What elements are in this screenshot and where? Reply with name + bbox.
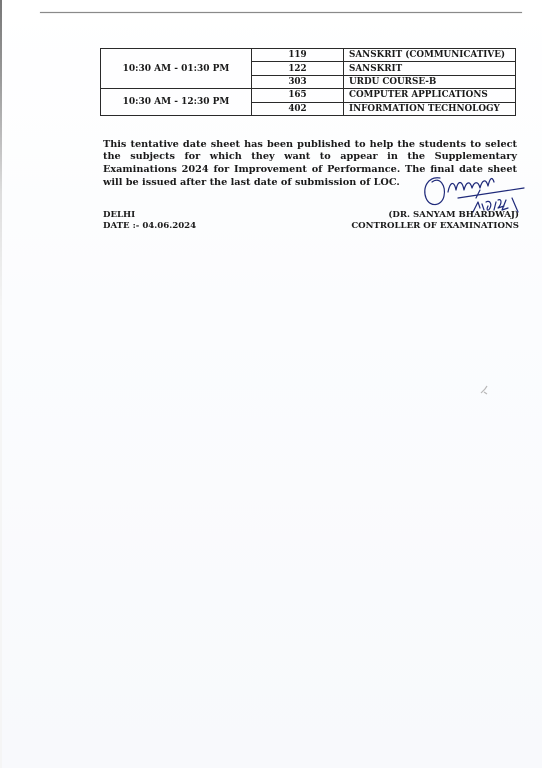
table-row: 10:30 AM - 12:30 PM 165 COMPUTER APPLICA… [101, 89, 516, 102]
exam-schedule-table: 10:30 AM - 01:30 PM 119 SANSKRIT (COMMUN… [100, 48, 516, 116]
time-slot-cell: 10:30 AM - 01:30 PM [101, 49, 252, 89]
signatory-name: (DR. SANYAM BHARDWAJ) [351, 210, 519, 221]
signatory-block: (DR. SANYAM BHARDWAJ) CONTROLLER OF EXAM… [351, 210, 519, 232]
subject-name-cell: URDU COURSE-B [344, 75, 516, 88]
signatory-title: CONTROLLER OF EXAMINATIONS [351, 221, 519, 232]
issue-block: DELHI DATE :- 04.06.2024 [103, 210, 196, 232]
subject-name-cell: SANSKRIT [344, 62, 516, 75]
scan-speck-icon [478, 383, 492, 397]
subject-name-cell: SANSKRIT (COMMUNICATIVE) [344, 49, 516, 62]
subject-code-cell: 303 [252, 75, 344, 88]
issue-date: DATE :- 04.06.2024 [103, 221, 196, 232]
header-rule [40, 12, 522, 13]
time-slot-cell: 10:30 AM - 12:30 PM [101, 89, 252, 116]
subject-name-cell: COMPUTER APPLICATIONS [344, 89, 516, 102]
subject-code-cell: 402 [252, 102, 344, 115]
subject-code-cell: 119 [252, 49, 344, 62]
table-row: 10:30 AM - 01:30 PM 119 SANSKRIT (COMMUN… [101, 49, 516, 62]
subject-code-cell: 122 [252, 62, 344, 75]
document-page: 10:30 AM - 01:30 PM 119 SANSKRIT (COMMUN… [0, 0, 542, 768]
subject-name-cell: INFORMATION TECHNOLOGY [344, 102, 516, 115]
subject-code-cell: 165 [252, 89, 344, 102]
place-label: DELHI [103, 210, 196, 221]
scan-edge-shadow [0, 0, 2, 768]
